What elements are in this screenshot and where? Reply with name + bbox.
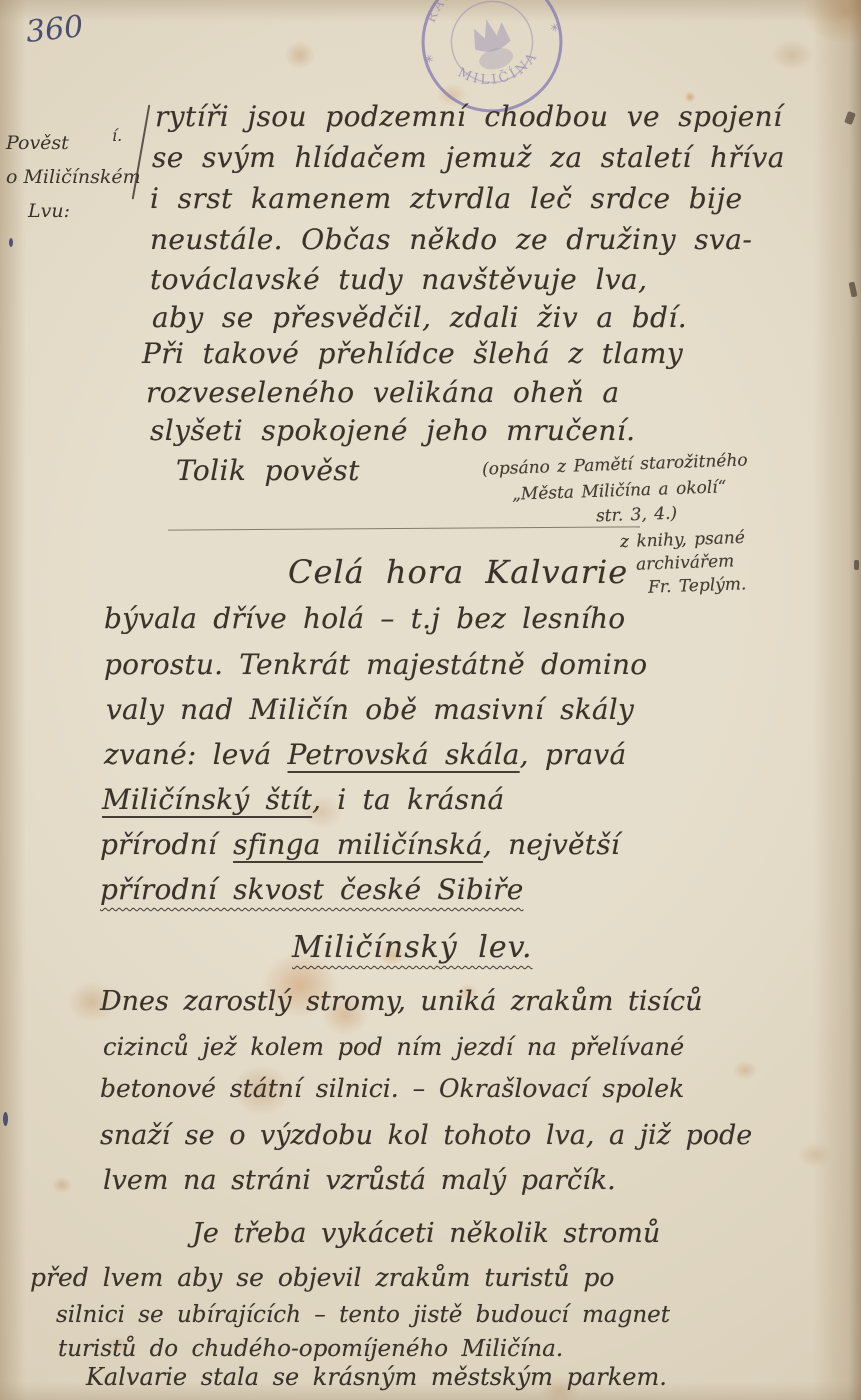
section-heading: Celá hora Kalvarie [288,553,628,591]
text-line: Dnes zarostlý stromy, uniká zrakům tisíc… [100,986,703,1017]
margin-note-line: Lvu: [28,194,141,228]
text-segment: zvané: levá [104,738,288,771]
text-line: přírodní skvost české Sibiře [100,873,523,906]
ink-bleed-mark [854,560,859,570]
section-heading: Miličínský lev. [292,930,533,965]
text-line: přírodní sfinga miličínská, největší [100,828,620,861]
page-number: 360 [24,9,85,50]
text-line: se svým hlídačem jemuž za staletí hříva [152,141,785,174]
text-segment: , pravá [520,738,627,771]
source-note-line: Fr. Teplým. [648,574,747,597]
source-note-line: z knihy, psané [620,528,746,552]
text-line: Kalvarie stala se krásným městským parke… [86,1363,667,1391]
text-line: rozveseleného velikána oheň a [146,376,620,409]
text-segment: přírodní [100,828,233,861]
text-line: rytíři jsou podzemní chodbou ve spojení [155,100,782,133]
manuscript-page: 360 RADA MĚSTA MILIČÍNA ✳ ✳ Pověst o Mil… [0,0,861,1400]
binding-speck [9,238,13,247]
text-segment: , největší [483,828,620,861]
text-line: slyšeti spokojené jeho mručení. [150,414,635,447]
binding-speck [3,1112,8,1126]
text-line: Tolik pověst [176,454,360,487]
text-line: továclavské tudy navštěvuje lva, [150,263,647,296]
text-line: před lvem aby se objevil zrakům turistů … [30,1263,614,1292]
source-note-line: (opsáno z Pamětí starožitného [482,450,748,479]
section-divider [168,526,640,530]
text-line: cizinců jež kolem pod ním jezdí na přelí… [103,1033,684,1061]
source-note-line: archivářem [636,551,735,574]
text-line: porostu. Tenkrát majestátně domino [104,648,647,681]
text-segment: , i ta krásná [312,783,504,816]
text-line: turistů do chudého-opomíjeného Miličína. [58,1336,563,1362]
text-line: zvané: levá Petrovská skála, pravá [104,738,626,771]
underlined-term: Petrovská skála [288,738,520,771]
text-line: Miličínský štít, i ta krásná [102,783,504,816]
margin-note-line: o Miličínském [6,160,141,194]
text-line: betonové státní silnici. – Okrašlovací s… [100,1074,684,1103]
text-line: aby se přesvědčil, zdali živ a bdí. [152,301,687,334]
stamp-top-text: RADA MĚSTA [416,0,544,28]
source-note-line: „Města Miličína a okolí“ [512,477,727,504]
text-line: valy nad Miličín obě masivní skály [106,693,634,726]
text-line: lvem na stráni vzrůstá malý parčík. [103,1165,616,1196]
text-line: i srst kamenem ztvrdla leč srdce bije [150,182,743,215]
text-line: Je třeba vykáceti několik stromů [192,1218,660,1249]
text-line: Při takové přehlídce šlehá z tlamy [142,337,683,370]
ink-bleed-mark [849,282,858,298]
stamp-star-left-icon: ✳ [423,52,435,67]
text-line: silnici se ubírajících – tento jistě bud… [56,1302,670,1328]
text-line: bývala dříve holá – t.j bez lesního [104,602,625,635]
text-line: snaží se o výzdobu kol tohoto lva, a již… [100,1120,752,1151]
underlined-term: Miličínský štít [102,783,312,816]
source-note-line: str. 3, 4.) [596,504,678,527]
underlined-term: sfinga miličínská [233,828,483,861]
svg-text:RADA MĚSTA: RADA MĚSTA [416,0,544,28]
text-line: neustále. Občas někdo ze družiny sva- [150,223,752,256]
caret-mark: í. [112,126,122,145]
ink-bleed-mark [844,111,856,125]
